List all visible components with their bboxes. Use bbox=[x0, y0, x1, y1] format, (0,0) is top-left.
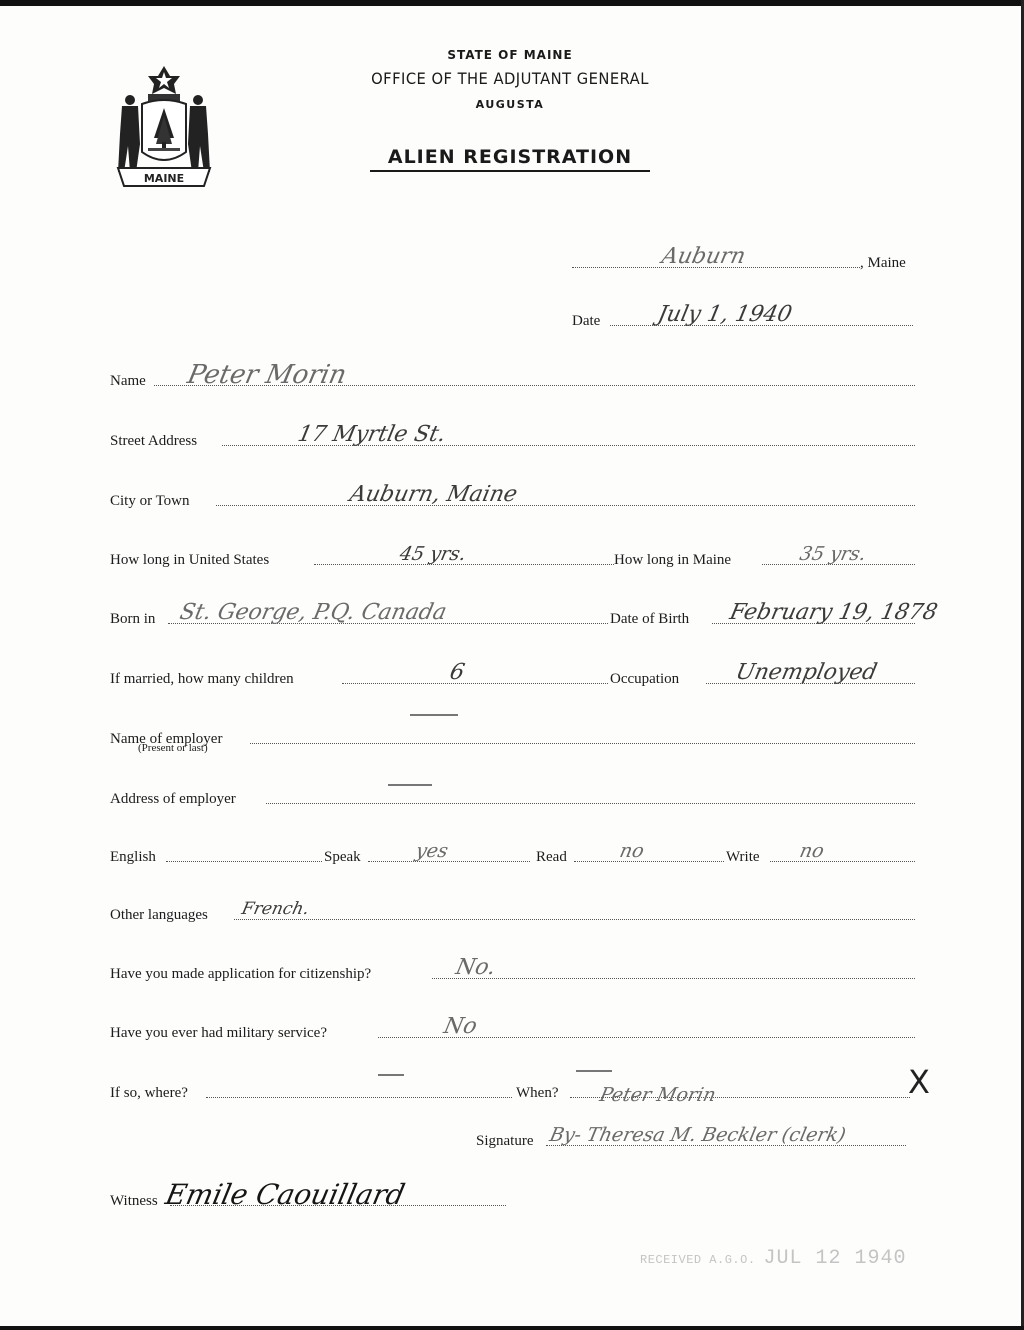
citizenship-field[interactable]: Have you made application for citizenshi… bbox=[110, 957, 915, 983]
witness-field[interactable]: Witness Emile Caouillard bbox=[110, 1184, 510, 1210]
employer-name-sublabel: (Present or last) bbox=[138, 742, 208, 754]
birth-row: Born in St. George, P.Q. Canada Date of … bbox=[110, 602, 915, 628]
date-value: July 1, 1940 bbox=[655, 302, 794, 328]
read-label: Read bbox=[536, 848, 567, 866]
header-city: AUGUSTA bbox=[340, 98, 680, 111]
maine-duration-label: How long in Maine bbox=[614, 551, 731, 569]
header-office: OFFICE OF THE ADJUTANT GENERAL bbox=[354, 69, 667, 88]
speak-value[interactable]: yes bbox=[413, 838, 450, 864]
city-label: City or Town bbox=[110, 492, 190, 510]
city-value: Auburn, Maine bbox=[347, 482, 519, 508]
signature-field[interactable]: Signature By- Theresa M. Beckler (clerk) bbox=[476, 1124, 916, 1150]
date-field[interactable]: Date July 1, 1940 bbox=[570, 304, 915, 330]
street-address-field[interactable]: Street Address 17 Myrtle St. bbox=[110, 424, 915, 450]
citizenship-value: No. bbox=[453, 955, 498, 981]
military-field[interactable]: Have you ever had military service? No bbox=[110, 1016, 915, 1042]
speak-label: Speak bbox=[324, 848, 361, 866]
born-in-label: Born in bbox=[110, 610, 155, 628]
other-languages-label: Other languages bbox=[110, 906, 208, 924]
received-stamp: RECEIVED A.G.O.JUL 12 1940 bbox=[640, 1247, 907, 1270]
name-field[interactable]: Name Peter Morin bbox=[110, 364, 915, 390]
other-languages-value: French. bbox=[239, 896, 311, 922]
witness-value: Emile Caouillard bbox=[163, 1182, 407, 1208]
citizenship-label: Have you made application for citizenshi… bbox=[110, 965, 371, 983]
witness-label: Witness bbox=[110, 1192, 158, 1210]
english-row: English Speak yes Read no Write no bbox=[110, 840, 915, 866]
family-work-row: If married, how many children 6 Occupati… bbox=[110, 662, 915, 688]
employer-address-dash bbox=[388, 784, 432, 786]
when-dash[interactable] bbox=[576, 1070, 612, 1072]
occupation-value[interactable]: Unemployed bbox=[733, 660, 879, 686]
occupation-label: Occupation bbox=[610, 670, 679, 688]
duration-row: How long in United States 45 yrs. How lo… bbox=[110, 543, 915, 569]
signature-name: Peter Morin bbox=[597, 1082, 718, 1108]
other-languages-field[interactable]: Other languages French. bbox=[110, 898, 915, 924]
title-underline bbox=[370, 170, 650, 172]
english-label: English bbox=[110, 848, 156, 866]
employer-address-field[interactable]: Address of employer bbox=[110, 782, 915, 808]
us-duration-value[interactable]: 45 yrs. bbox=[397, 541, 468, 567]
name-label: Name bbox=[110, 372, 146, 390]
date-label: Date bbox=[572, 312, 600, 330]
signature-value: By- Theresa M. Beckler (clerk) bbox=[547, 1122, 848, 1148]
form-title: ALIEN REGISTRATION bbox=[340, 146, 680, 168]
employer-name-field[interactable]: Name of employer bbox=[110, 722, 915, 748]
scan-border-bottom bbox=[0, 1326, 1024, 1330]
street-address-label: Street Address bbox=[110, 432, 197, 450]
maine-state-seal-icon: MAINE bbox=[112, 64, 216, 188]
military-label: Have you ever had military service? bbox=[110, 1024, 327, 1042]
employer-name-dash bbox=[410, 714, 458, 716]
city-field[interactable]: City or Town Auburn, Maine bbox=[110, 484, 915, 510]
dob-label: Date of Birth bbox=[610, 610, 689, 628]
svg-text:MAINE: MAINE bbox=[144, 172, 184, 185]
place-value: Auburn bbox=[659, 244, 748, 270]
children-label: If married, how many children bbox=[110, 670, 294, 688]
name-value: Peter Morin bbox=[185, 362, 349, 388]
where-dash[interactable] bbox=[378, 1074, 404, 1076]
dob-value[interactable]: February 19, 1878 bbox=[727, 600, 939, 626]
born-in-value[interactable]: St. George, P.Q. Canada bbox=[177, 600, 449, 626]
scan-border-top bbox=[0, 0, 1024, 6]
write-label: Write bbox=[726, 848, 760, 866]
employer-address-label: Address of employer bbox=[110, 790, 236, 808]
place-field[interactable]: Auburn , Maine bbox=[570, 246, 920, 272]
place-suffix: , Maine bbox=[860, 254, 906, 272]
maine-duration-value[interactable]: 35 yrs. bbox=[797, 541, 868, 567]
header-state: STATE OF MAINE bbox=[340, 48, 680, 62]
military-value: No bbox=[441, 1014, 479, 1040]
street-address-value: 17 Myrtle St. bbox=[295, 422, 448, 448]
when-label: When? bbox=[516, 1084, 558, 1102]
us-duration-label: How long in United States bbox=[110, 551, 269, 569]
received-stamp-date: JUL 12 1940 bbox=[764, 1247, 907, 1270]
signature-x-mark: X bbox=[908, 1066, 930, 1098]
signature-label: Signature bbox=[476, 1132, 534, 1150]
received-stamp-label: RECEIVED A.G.O. bbox=[640, 1253, 756, 1267]
where-label: If so, where? bbox=[110, 1084, 188, 1102]
service-details-row: If so, where? When? bbox=[110, 1076, 915, 1102]
